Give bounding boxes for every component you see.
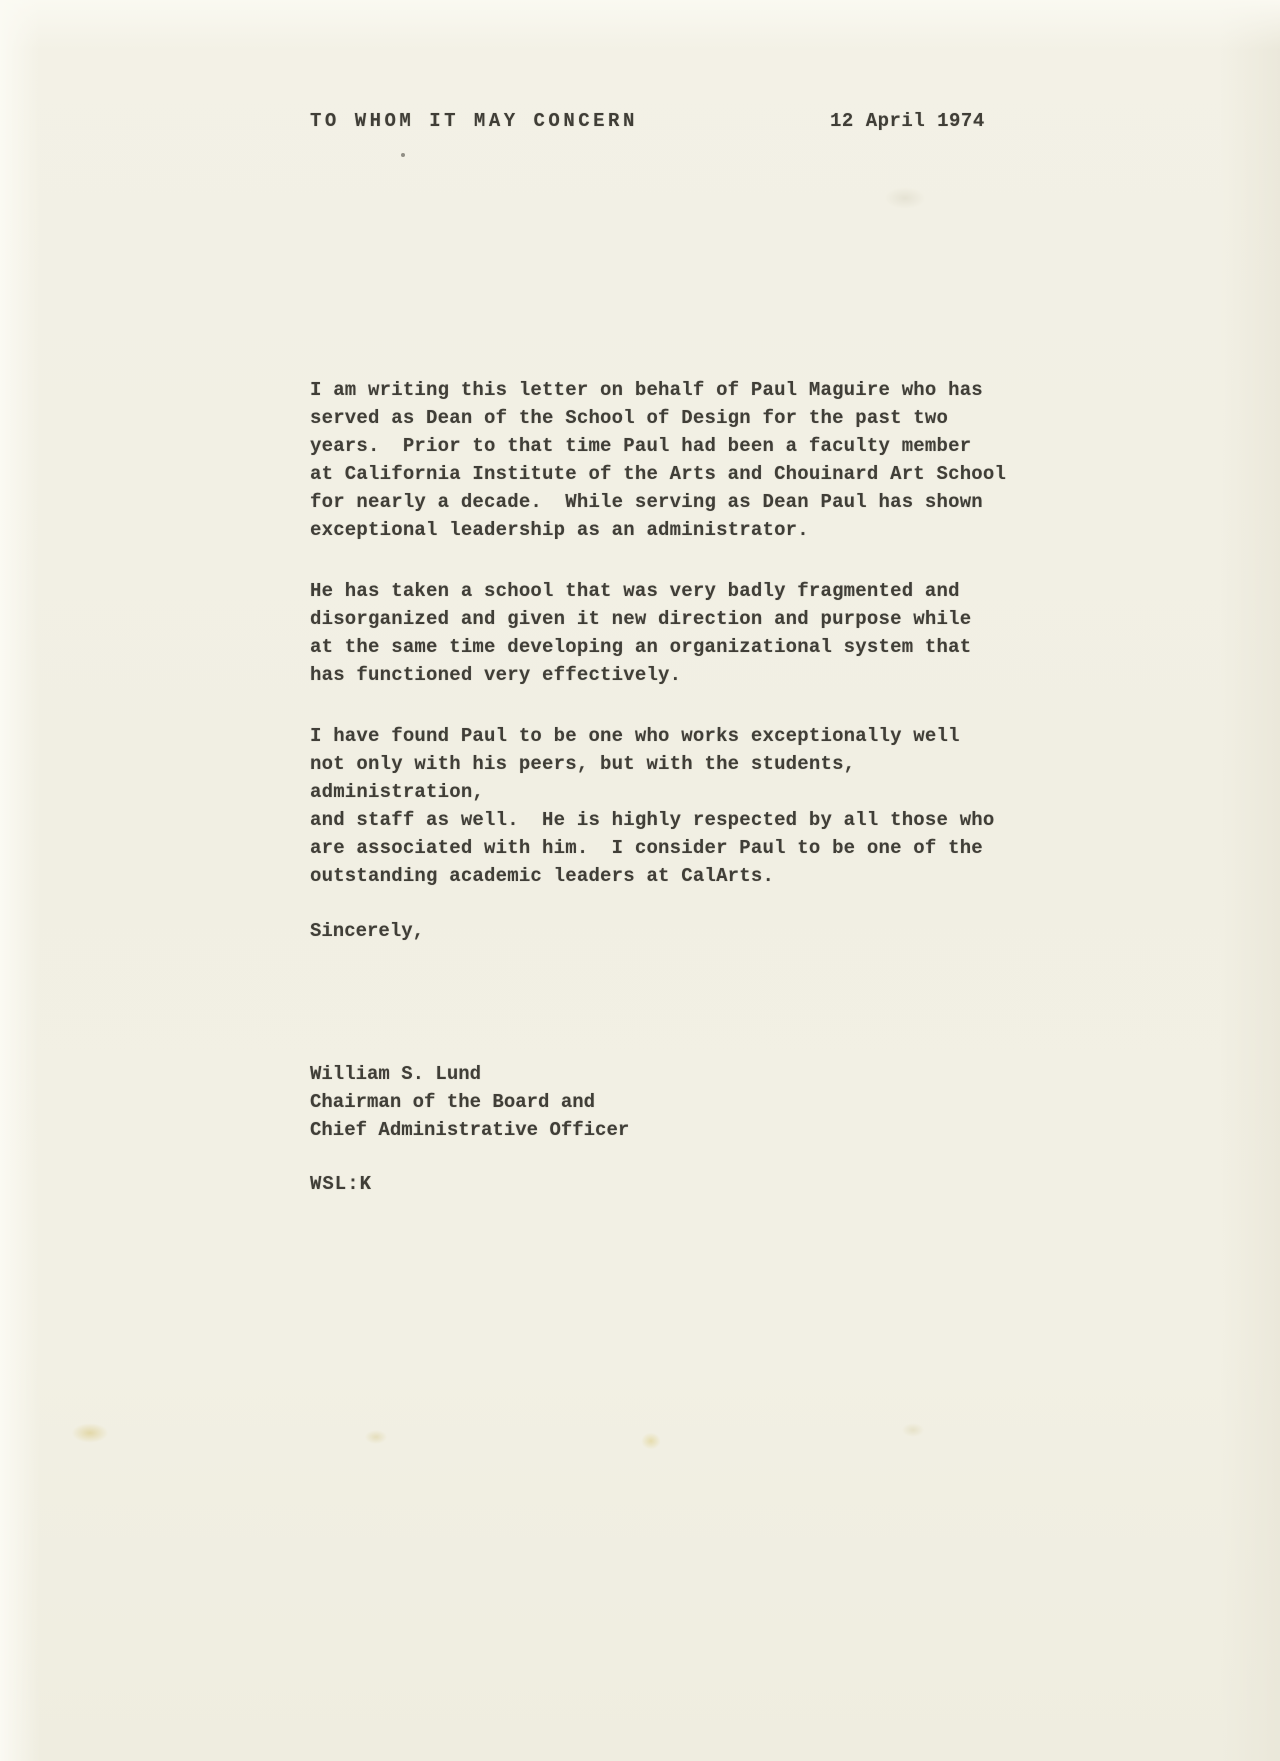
signature-title-line1: Chairman of the Board and	[310, 1088, 629, 1116]
signature-name: William S. Lund	[310, 1060, 629, 1088]
letter-date: 12 April 1974	[830, 110, 985, 132]
letter-header: TO WHOM IT MAY CONCERN 12 April 1974	[310, 110, 1280, 140]
signature-block: William S. Lund Chairman of the Board an…	[310, 1060, 629, 1144]
letter-body: I am writing this letter on behalf of Pa…	[310, 376, 1030, 923]
letter-page: TO WHOM IT MAY CONCERN 12 April 1974 I a…	[0, 0, 1280, 1761]
signature-title-line2: Chief Administrative Officer	[310, 1116, 629, 1144]
reference-initials: WSL:K	[310, 1170, 372, 1198]
paragraph-3: I have found Paul to be one who works ex…	[310, 722, 1030, 890]
paragraph-2: He has taken a school that was very badl…	[310, 577, 1030, 689]
closing: Sincerely,	[310, 917, 424, 945]
salutation: TO WHOM IT MAY CONCERN	[310, 110, 638, 132]
paragraph-1: I am writing this letter on behalf of Pa…	[310, 376, 1030, 544]
ink-speck	[401, 153, 405, 157]
